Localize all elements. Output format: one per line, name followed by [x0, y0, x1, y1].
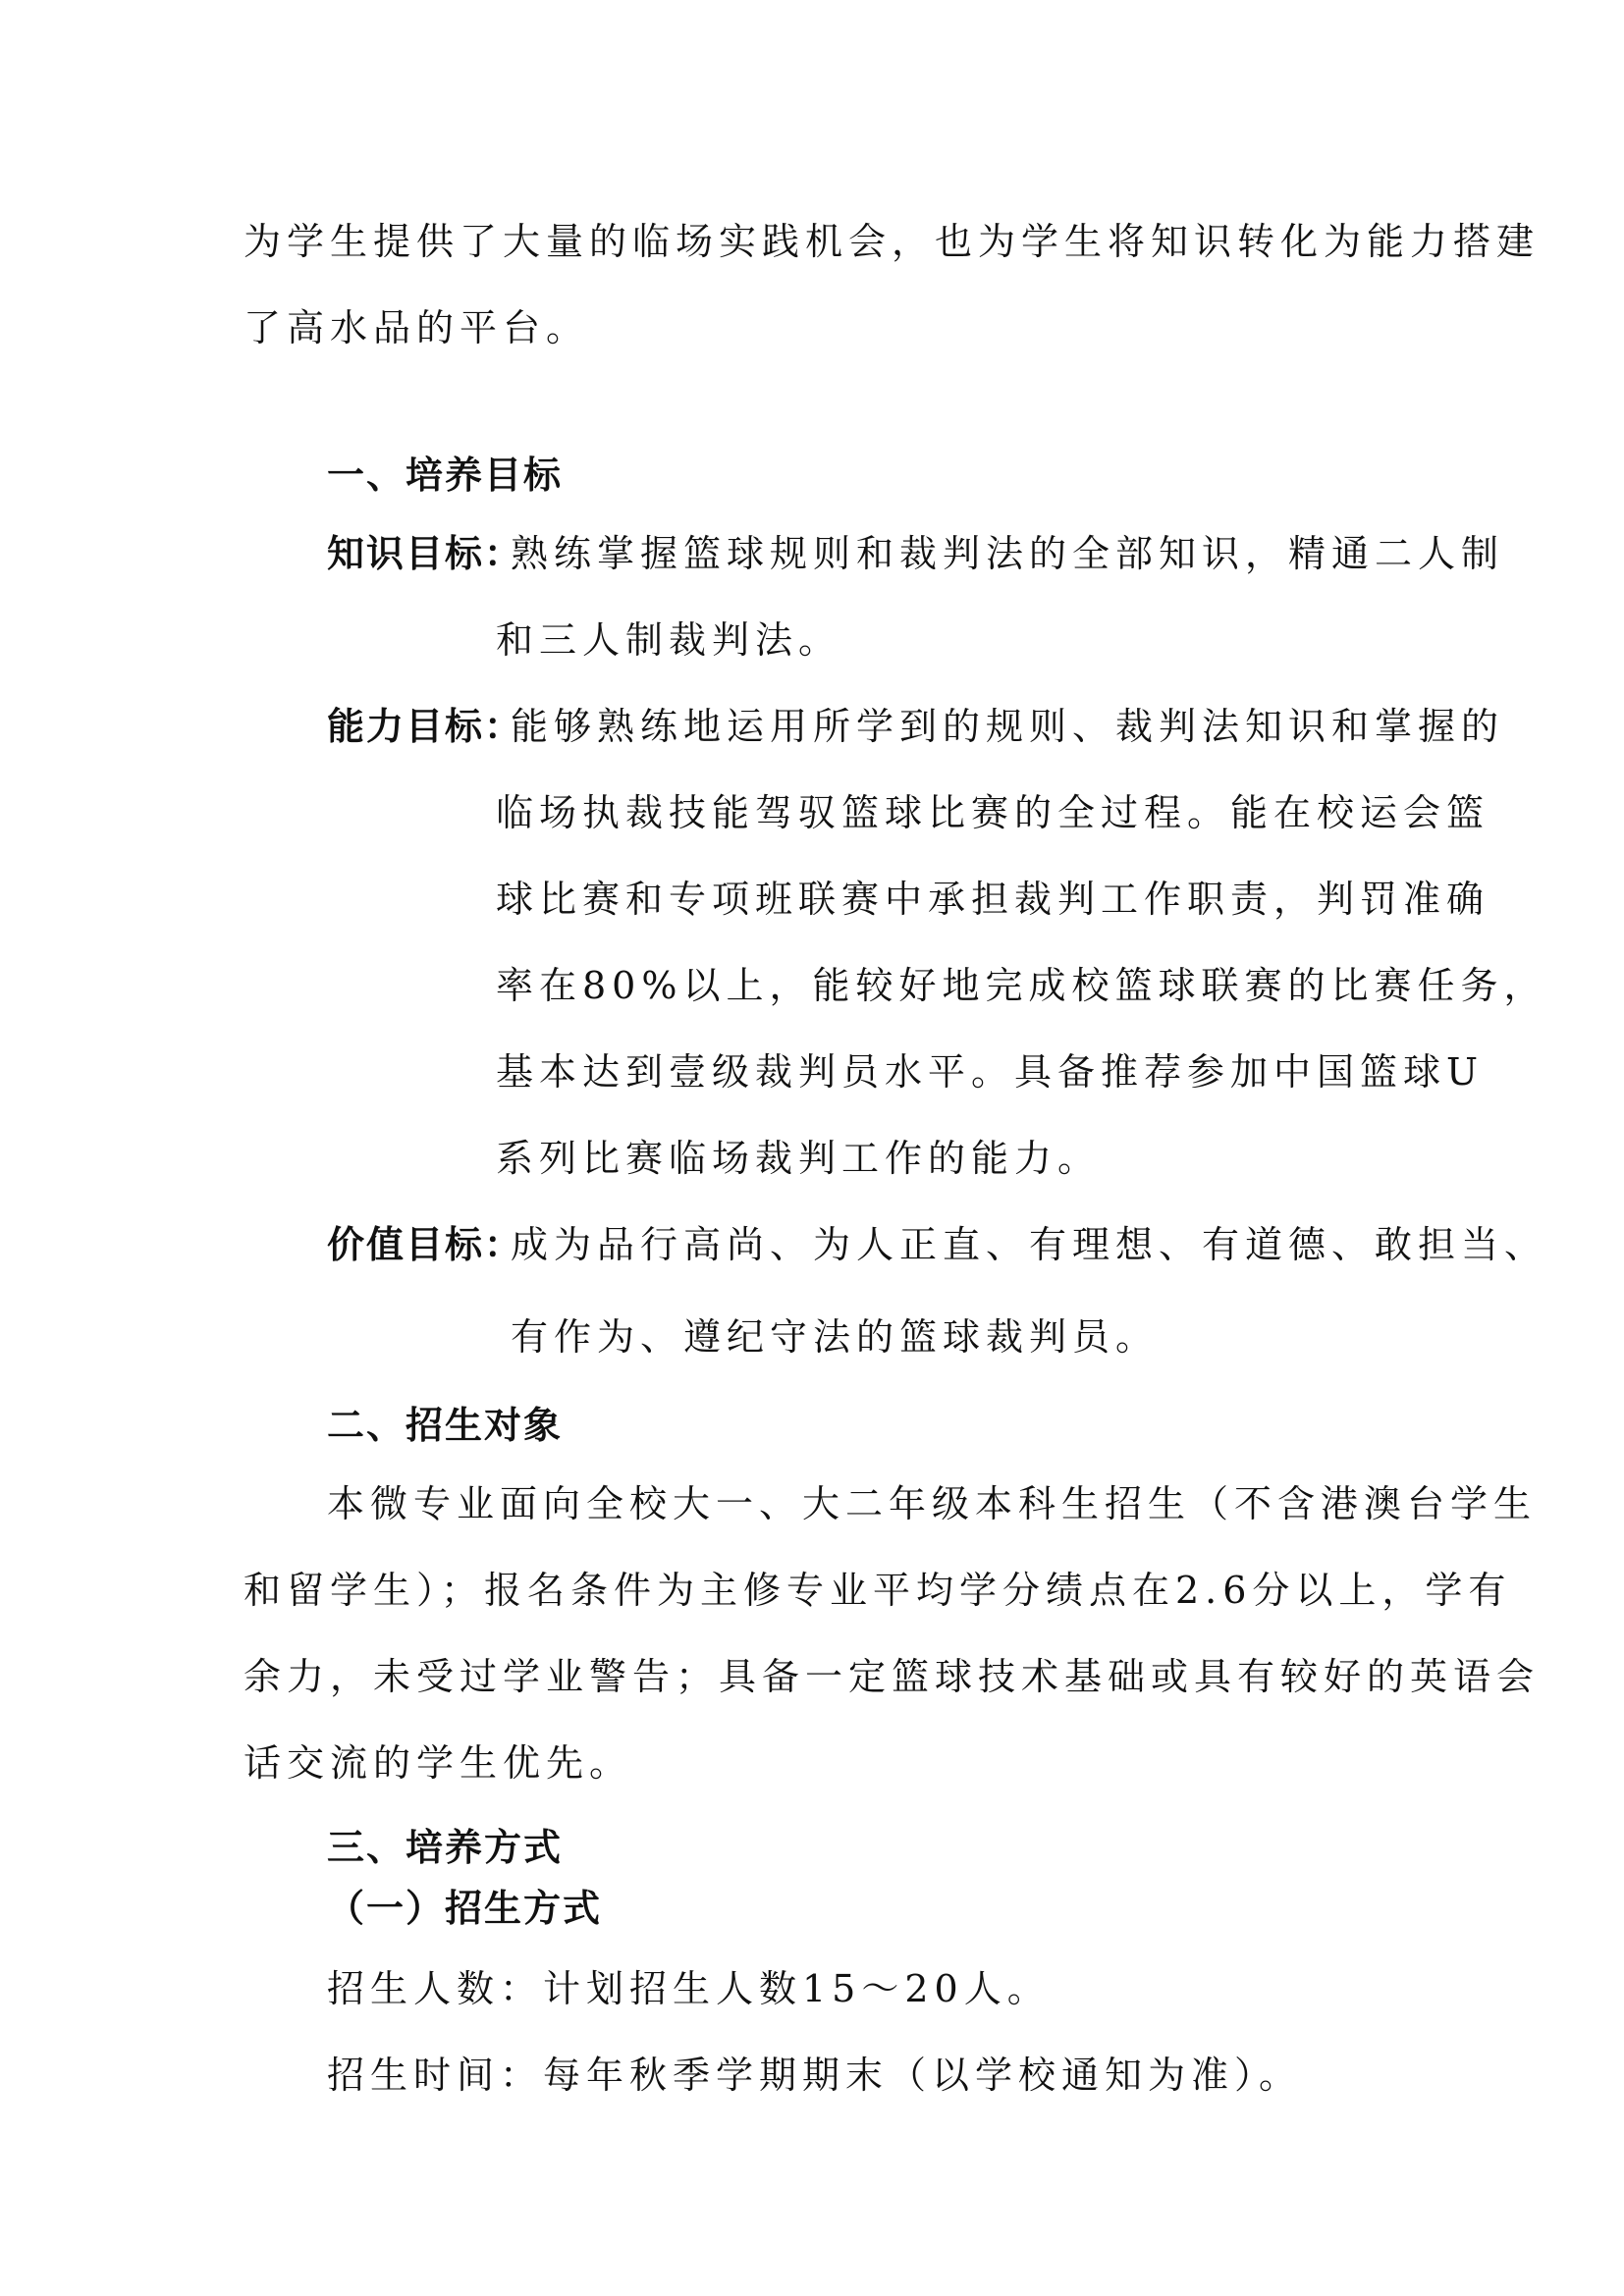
- section-heading-objectives: 一、培养目标: [327, 452, 563, 499]
- intro-line-2: 了高水品的平台。: [244, 304, 589, 351]
- section-heading-training-method: 三、培养方式: [327, 1824, 563, 1871]
- ability-goal-line-2: 临场执裁技能驾驭篮球比赛的全过程。能在校运会篮: [496, 789, 1489, 836]
- ability-goal-line-6: 系列比赛临场裁判工作的能力。: [496, 1135, 1101, 1182]
- ability-goal-line-3: 球比赛和专项班联赛中承担裁判工作职责，判罚准确: [496, 876, 1489, 923]
- value-goal-line-2: 有作为、遵纪守法的篮球裁判员。: [511, 1313, 1159, 1361]
- ability-goal-label: 能力目标：: [327, 703, 523, 750]
- ability-goal-line-1: 能够熟练地运用所学到的规则、裁判法知识和掌握的: [511, 703, 1504, 750]
- ability-goal-line-5: 基本达到壹级裁判员水平。具备推荐参加中国篮球U: [496, 1048, 1484, 1095]
- enrollment-target-line-4: 话交流的学生优先。: [244, 1739, 632, 1787]
- ability-goal-line-4: 率在80%以上，能较好地完成校篮球联赛的比赛任务，: [496, 962, 1546, 1009]
- enrollment-target-line-2: 和留学生）；报名条件为主修专业平均学分绩点在2.6分以上，学有: [244, 1567, 1511, 1614]
- enrollment-time-line: 招生时间：每年秋季学期期末（以学校通知为准）。: [327, 2052, 1302, 2099]
- subsection-heading-enrollment-method: （一）招生方式: [327, 1885, 602, 1932]
- section-heading-enrollment-target: 二、招生对象: [327, 1402, 563, 1449]
- intro-line-1: 为学生提供了大量的临场实践机会，也为学生将知识转化为能力搭建: [244, 218, 1540, 265]
- document-page: 为学生提供了大量的临场实践机会，也为学生将知识转化为能力搭建 了高水品的平台。 …: [0, 0, 1624, 2296]
- knowledge-goal-label: 知识目标：: [327, 530, 523, 577]
- enrollment-count-line: 招生人数：计划招生人数15～20人。: [327, 1965, 1051, 2012]
- enrollment-target-line-1: 本微专业面向全校大一、大二年级本科生招生（不含港澳台学生: [327, 1480, 1537, 1527]
- knowledge-goal-line-2: 和三人制裁判法。: [496, 616, 841, 664]
- enrollment-target-line-3: 余力，未受过学业警告；具备一定篮球技术基础或具有较好的英语会: [244, 1653, 1540, 1700]
- value-goal-label: 价值目标：: [327, 1221, 523, 1268]
- value-goal-line-1: 成为品行高尚、为人正直、有理想、有道德、敢担当、: [511, 1221, 1547, 1268]
- knowledge-goal-line-1: 熟练掌握篮球规则和裁判法的全部知识，精通二人制: [511, 530, 1504, 577]
